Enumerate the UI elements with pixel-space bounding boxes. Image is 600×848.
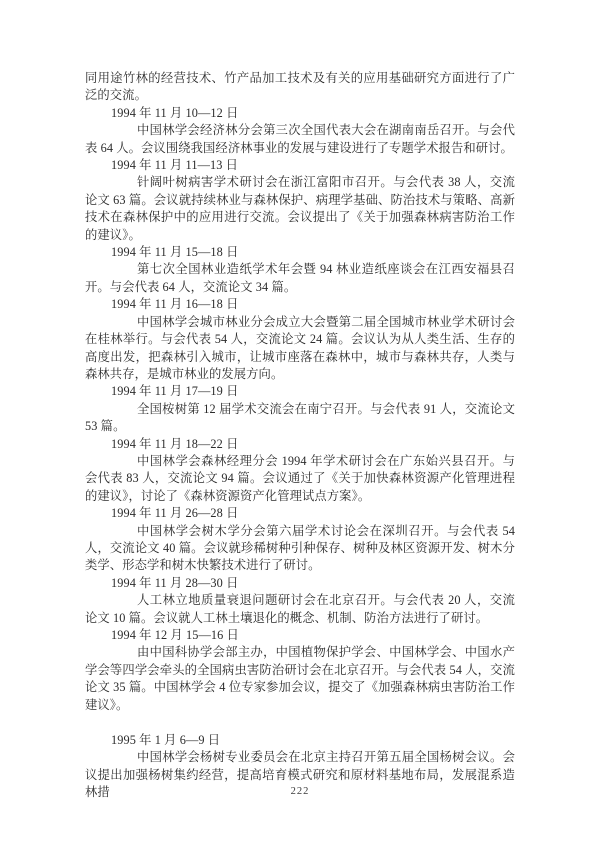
date-line: 1995 年 1 月 6—9 日	[85, 732, 515, 749]
event-paragraph: 中国林学会经济林分会第三次全国代表大会在湖南南岳召开。与会代表 64 人。会议围…	[85, 122, 515, 157]
date-line: 1994 年 11 月 11—13 日	[85, 157, 515, 174]
date-line: 1994 年 11 月 15—18 日	[85, 244, 515, 261]
date-line: 1994 年 11 月 18—22 日	[85, 436, 515, 453]
section-break-spacer	[85, 714, 515, 732]
date-line: 1994 年 11 月 26—28 日	[85, 505, 515, 522]
event-paragraph: 中国林学会城市林业分会成立大会暨第二届全国城市林业学术研讨会在桂林举行。与会代表…	[85, 314, 515, 384]
event-paragraph: 针阔叶树病害学术研讨会在浙江富阳市召开。与会代表 38 人，交流论文 63 篇。…	[85, 174, 515, 244]
event-paragraph: 人工林立地质量衰退问题研讨会在北京召开。与会代表 20 人，交流论文 10 篇。…	[85, 592, 515, 627]
date-line: 1994 年 11 月 10—12 日	[85, 105, 515, 122]
paragraph-continuation: 同用途竹林的经营技术、竹产品加工技术及有关的应用基础研究方面进行了广泛的交流。	[85, 70, 515, 105]
text-block: 同用途竹林的经营技术、竹产品加工技术及有关的应用基础研究方面进行了广泛的交流。 …	[85, 70, 515, 802]
event-paragraph: 第七次全国林业造纸学术年会暨 94 林业造纸座谈会在江西安福县召开。与会代表 6…	[85, 261, 515, 296]
event-paragraph: 全国桉树第 12 届学术交流会在南宁召开。与会代表 91 人，交流论文 53 篇…	[85, 401, 515, 436]
date-line: 1994 年 11 月 16—18 日	[85, 296, 515, 313]
date-line: 1994 年 11 月 28—30 日	[85, 575, 515, 592]
document-page: 同用途竹林的经营技术、竹产品加工技术及有关的应用基础研究方面进行了广泛的交流。 …	[0, 0, 600, 848]
event-paragraph: 由中国科协学会部主办，中国植物保护学会、中国林学会、中国水产学会等四学会牵头的全…	[85, 644, 515, 714]
page-number: 222	[0, 786, 600, 797]
date-line: 1994 年 11 月 17—19 日	[85, 383, 515, 400]
event-paragraph: 中国林学会树木学分会第六届学术讨论会在深圳召开。与会代表 54 人，交流论文 4…	[85, 523, 515, 575]
date-line: 1994 年 12 月 15—16 日	[85, 627, 515, 644]
event-paragraph: 中国林学会森林经理分会 1994 年学术研讨会在广东始兴县召开。与会代表 83 …	[85, 453, 515, 505]
